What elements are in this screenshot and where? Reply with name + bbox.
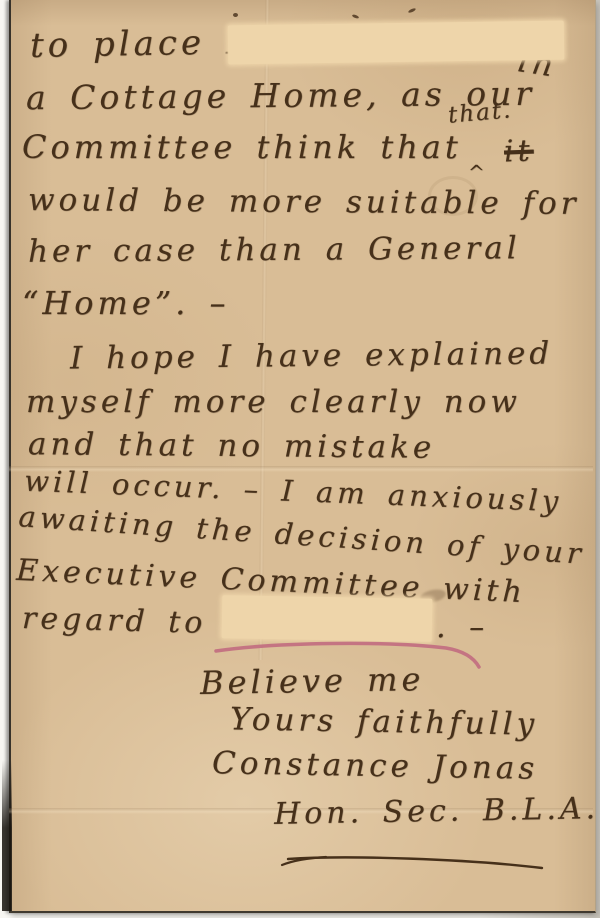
inserted-word: that. — [447, 97, 513, 129]
redaction-block-1 — [228, 21, 565, 65]
page-edge-shadow — [2, 760, 12, 911]
signature-title: Hon. Sec. B.L.A. — [274, 791, 600, 832]
letter-line-06: “Home”. – — [22, 284, 230, 322]
letter-line-08: myself more clearly now — [26, 384, 521, 420]
letter-line-01: to place E — [30, 22, 255, 66]
scanned-letter-page: to place E in a Cottage Home, as our Com… — [0, 0, 600, 918]
letter-line-03: Committee think that — [22, 128, 462, 166]
pink-underline — [208, 636, 498, 676]
signature-flourish — [278, 844, 558, 878]
redaction-block-2 — [222, 595, 433, 642]
struck-word: it — [503, 133, 534, 169]
letter-line-04: would be more suitable for — [28, 182, 580, 222]
ink-remnant — [233, 13, 238, 17]
letter-line-09: and that no mistake — [28, 426, 435, 466]
letter-line-07: I hope I have explained — [70, 335, 554, 376]
letter-line-05: her case than a General — [28, 230, 521, 269]
closing-line-2: Yours faithfully — [230, 701, 539, 742]
signature: Constance Jonas — [212, 745, 539, 787]
caret-mark: ^ — [468, 160, 489, 184]
